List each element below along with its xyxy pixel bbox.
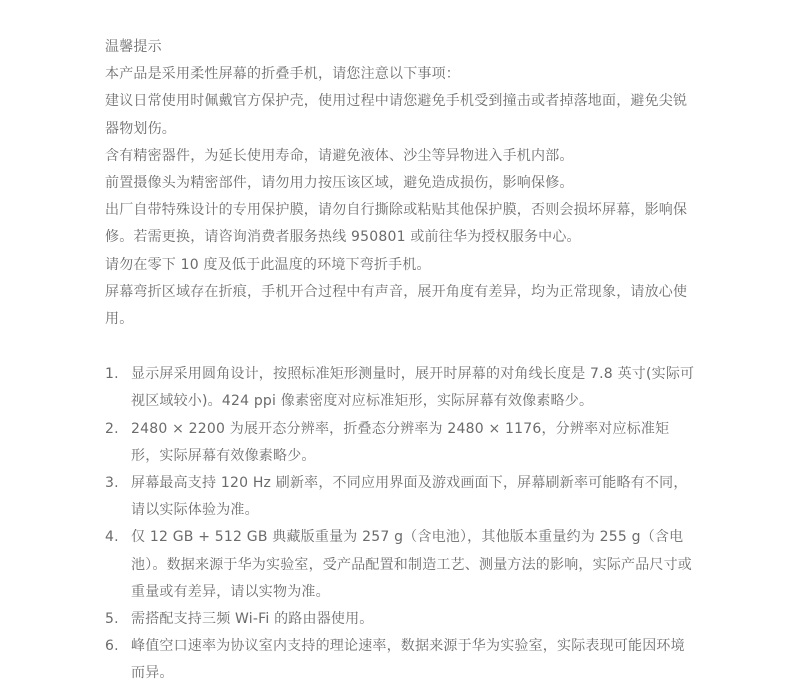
tip-front-camera: 前置摄像头为精密部件，请勿用力按压该区域，避免造成损伤，影响保修。: [105, 170, 695, 197]
footnote-number: 1.: [105, 361, 131, 415]
tip-protective-case: 建议日常使用时佩戴官方保护壳，使用过程中请您避免手机受到撞击或者掉落地面，避免尖…: [105, 88, 695, 142]
footnote-item: 5. 需搭配支持三频 Wi-Fi 的路由器使用。: [105, 606, 695, 633]
footnote-text: 峰值空口速率为协议室内支持的理论速率，数据来源于华为实验室，实际表现可能因环境而…: [131, 633, 695, 687]
footnote-item: 1. 显示屏采用圆角设计，按照标准矩形测量时，展开时屏幕的对角线长度是 7.8 …: [105, 361, 695, 415]
footnote-number: 4.: [105, 524, 131, 606]
tip-protective-film: 出厂自带特殊设计的专用保护膜，请勿自行撕除或粘贴其他保护膜，否则会损坏屏幕，影响…: [105, 197, 695, 251]
footnote-item: 4. 仅 12 GB + 512 GB 典藏版重量为 257 g（含电池），其他…: [105, 524, 695, 606]
footnote-text: 2480 × 2200 为展开态分辨率，折叠态分辨率为 2480 × 1176，…: [131, 416, 695, 470]
tip-temperature: 请勿在零下 10 度及低于此温度的环境下弯折手机。: [105, 252, 695, 279]
footnote-item: 2. 2480 × 2200 为展开态分辨率，折叠态分辨率为 2480 × 11…: [105, 416, 695, 470]
footnote-item: 3. 屏幕最高支持 120 Hz 刷新率，不同应用界面及游戏画面下，屏幕刷新率可…: [105, 470, 695, 524]
tips-title: 温馨提示: [105, 34, 695, 61]
product-notice: 温馨提示 本产品是采用柔性屏幕的折叠手机，请您注意以下事项： 建议日常使用时佩戴…: [105, 34, 695, 688]
footnotes-list: 1. 显示屏采用圆角设计，按照标准矩形测量时，展开时屏幕的对角线长度是 7.8 …: [105, 361, 695, 687]
tip-precision-components: 含有精密器件，为延长使用寿命，请避免液体、沙尘等异物进入手机内部。: [105, 143, 695, 170]
footnote-item: 6. 峰值空口速率为协议室内支持的理论速率，数据来源于华为实验室，实际表现可能因…: [105, 633, 695, 687]
footnote-number: 2.: [105, 416, 131, 470]
tip-crease: 屏幕弯折区域存在折痕，手机开合过程中有声音，展开角度有差异，均为正常现象，请放心…: [105, 279, 695, 333]
footnote-text: 屏幕最高支持 120 Hz 刷新率，不同应用界面及游戏画面下，屏幕刷新率可能略有…: [131, 470, 695, 524]
footnote-text: 仅 12 GB + 512 GB 典藏版重量为 257 g（含电池），其他版本重…: [131, 524, 695, 606]
footnote-text: 需搭配支持三频 Wi-Fi 的路由器使用。: [131, 606, 695, 633]
footnote-text: 显示屏采用圆角设计，按照标准矩形测量时，展开时屏幕的对角线长度是 7.8 英寸(…: [131, 361, 695, 415]
tips-intro: 本产品是采用柔性屏幕的折叠手机，请您注意以下事项：: [105, 61, 695, 88]
footnote-number: 5.: [105, 606, 131, 633]
footnote-number: 3.: [105, 470, 131, 524]
section-divider-space: [105, 333, 695, 361]
footnote-number: 6.: [105, 633, 131, 687]
